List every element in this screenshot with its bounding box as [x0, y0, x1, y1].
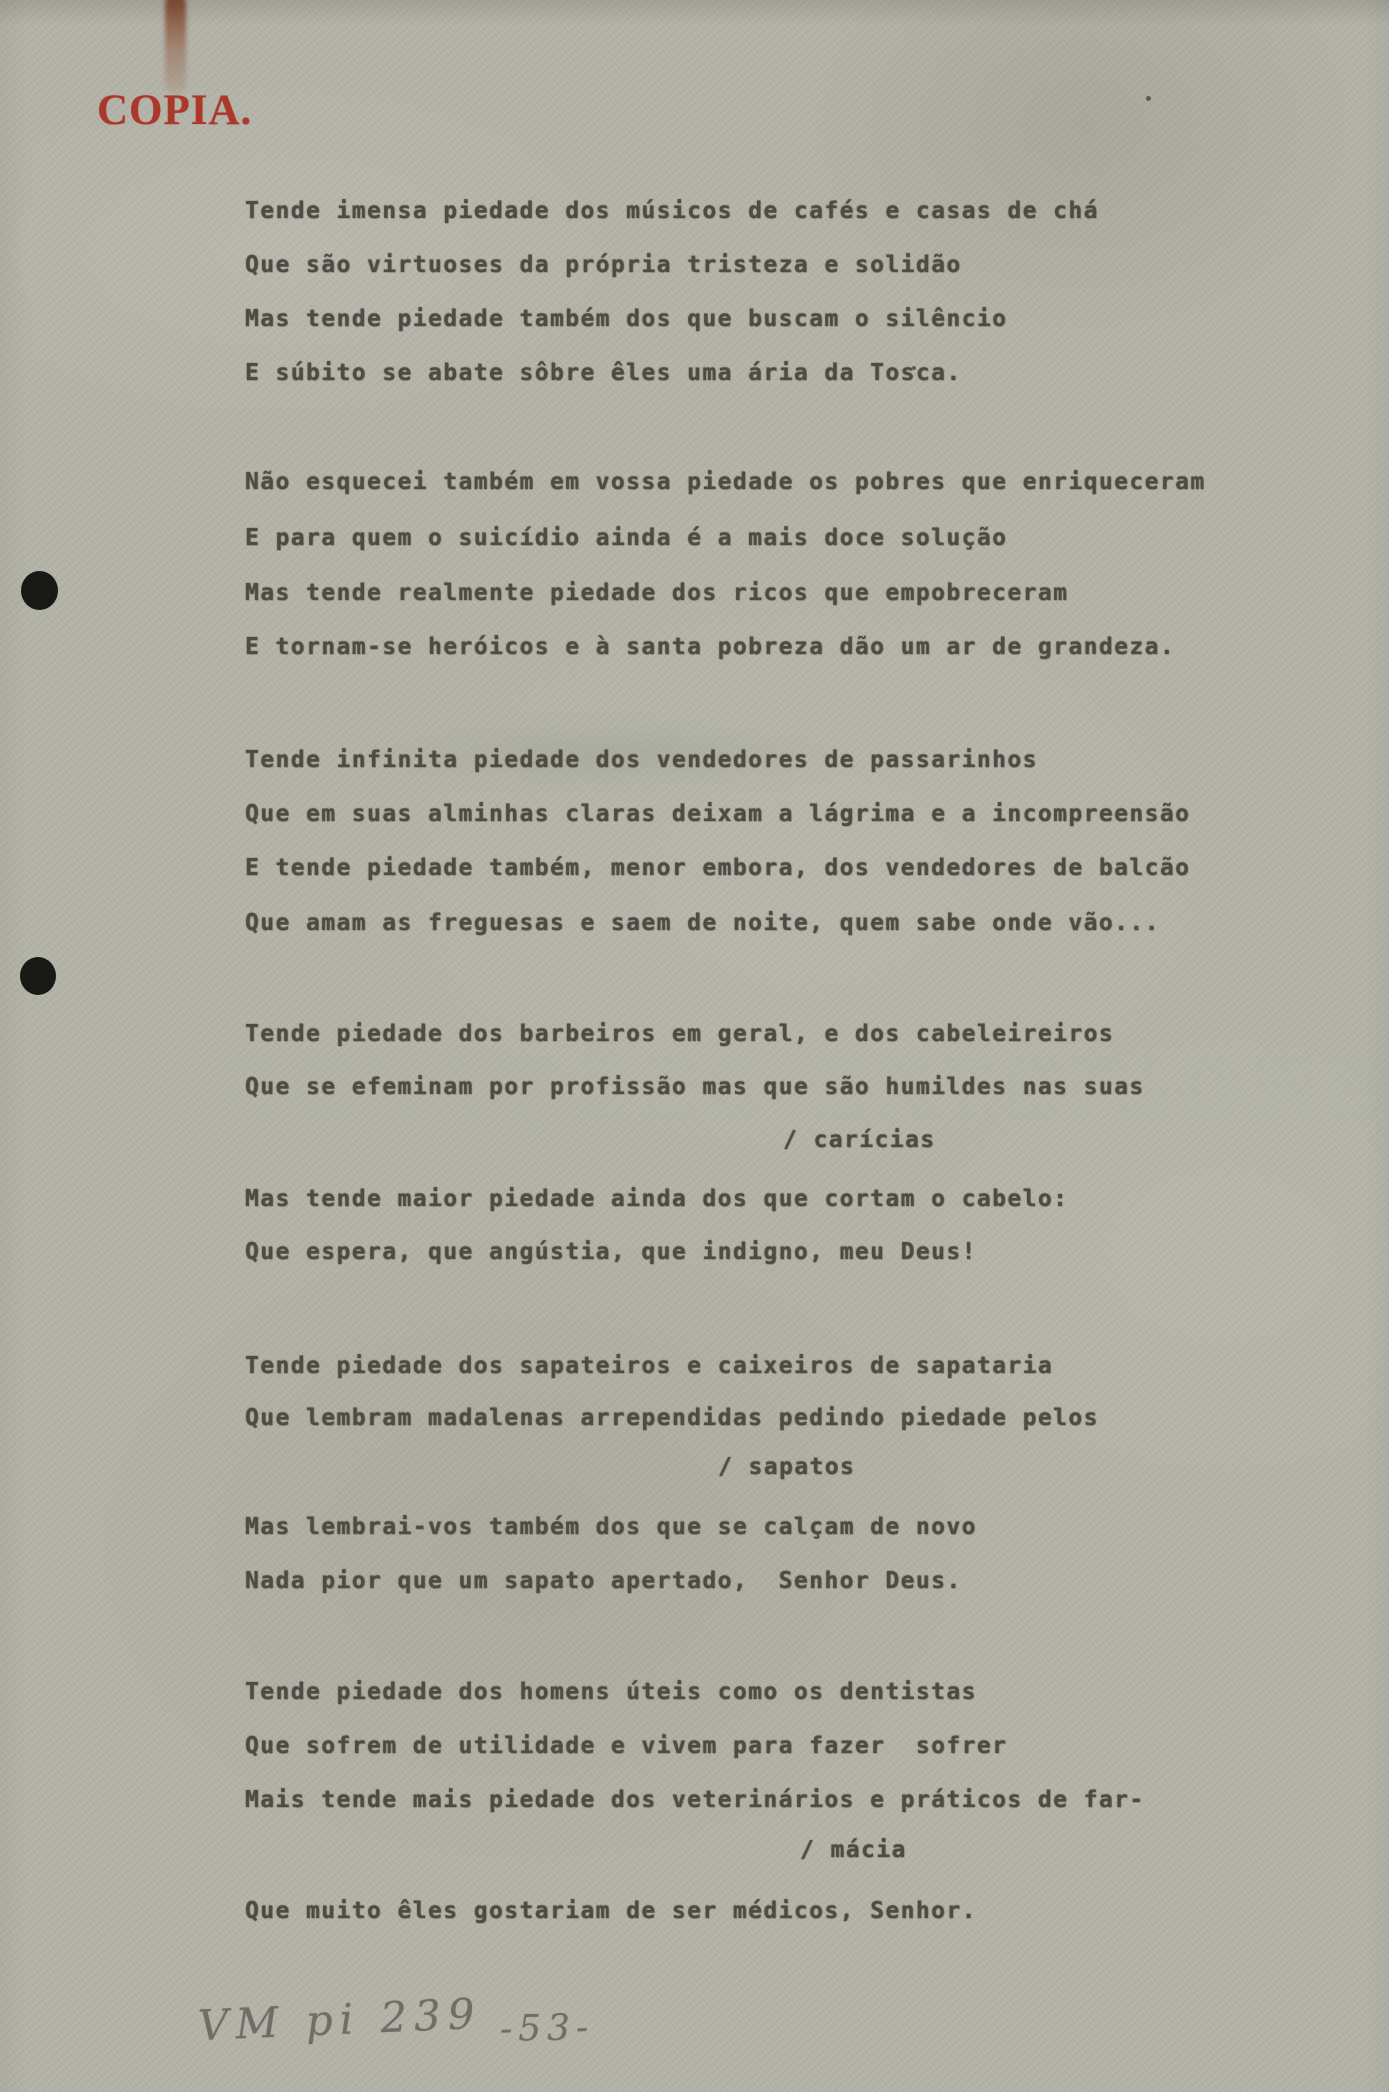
- poem-line-continuation: / carícias: [783, 1127, 935, 1153]
- poem-line-continuation: / sapatos: [718, 1454, 855, 1480]
- rust-stain: [165, 0, 186, 94]
- poem-line: Tende piedade dos homens úteis como os d…: [245, 1679, 977, 1705]
- poem-line-continuation: / mácia: [800, 1837, 907, 1863]
- punch-hole: [21, 571, 58, 610]
- poem-line: Tende imensa piedade dos músicos de café…: [245, 198, 1099, 224]
- poem-line: Que são virtuoses da própria tristeza e …: [245, 252, 962, 278]
- poem-line: Tende piedade dos sapateiros e caixeiros…: [245, 1353, 1053, 1379]
- poem-line: Tende infinita piedade dos vendedores de…: [245, 747, 1038, 773]
- poem-line: E tende piedade também, menor embora, do…: [245, 855, 1190, 881]
- punch-hole: [20, 957, 56, 995]
- poem-line: Que amam as freguesas e saem de noite, q…: [245, 910, 1160, 936]
- poem-line: Que se efeminam por profissão mas que sã…: [245, 1074, 1145, 1100]
- poem-line: Mas tende realmente piedade dos ricos qu…: [245, 580, 1068, 606]
- poem-line: Que muito êles gostariam de ser médicos,…: [245, 1898, 977, 1924]
- poem-line: Mas tende maior piedade ainda dos que co…: [245, 1186, 1068, 1212]
- poem-line: E tornam-se heróicos e à santa pobreza d…: [245, 634, 1175, 660]
- poem-line: E para quem o suicídio ainda é a mais do…: [245, 525, 1007, 551]
- poem-line: Que em suas alminhas claras deixam a lág…: [245, 801, 1190, 827]
- scanned-paper-background: COPIA. RELAÇÕES EXTERIORES Tende imensa …: [0, 0, 1389, 2092]
- handwritten-page-number: -53-: [500, 2007, 595, 2050]
- paper-speck: [912, 366, 916, 370]
- poem-line: E súbito se abate sôbre êles uma ária da…: [245, 360, 962, 386]
- poem-line: Que sofrem de utilidade e vivem para faz…: [245, 1733, 1007, 1759]
- poem-line: Tende piedade dos barbeiros em geral, e …: [245, 1021, 1114, 1047]
- poem-line: Mas lembrai-vos também dos que se calçam…: [245, 1514, 977, 1540]
- poem-line: Mais tende mais piedade dos veterinários…: [245, 1787, 1145, 1813]
- handwritten-reference: VM pi 239: [197, 1989, 482, 2050]
- poem-line: Não esquecei também em vossa piedade os …: [245, 469, 1206, 495]
- poem-line: Nada pior que um sapato apertado, Senhor…: [245, 1568, 962, 1594]
- poem-line: Que espera, que angústia, que indigno, m…: [245, 1239, 977, 1265]
- poem-line: Que lembram madalenas arrependidas pedin…: [245, 1405, 1099, 1431]
- poem-line: Mas tende piedade também dos que buscam …: [245, 306, 1007, 332]
- paper-speck: [1146, 96, 1151, 101]
- copy-stamp-label: COPIA.: [97, 86, 252, 135]
